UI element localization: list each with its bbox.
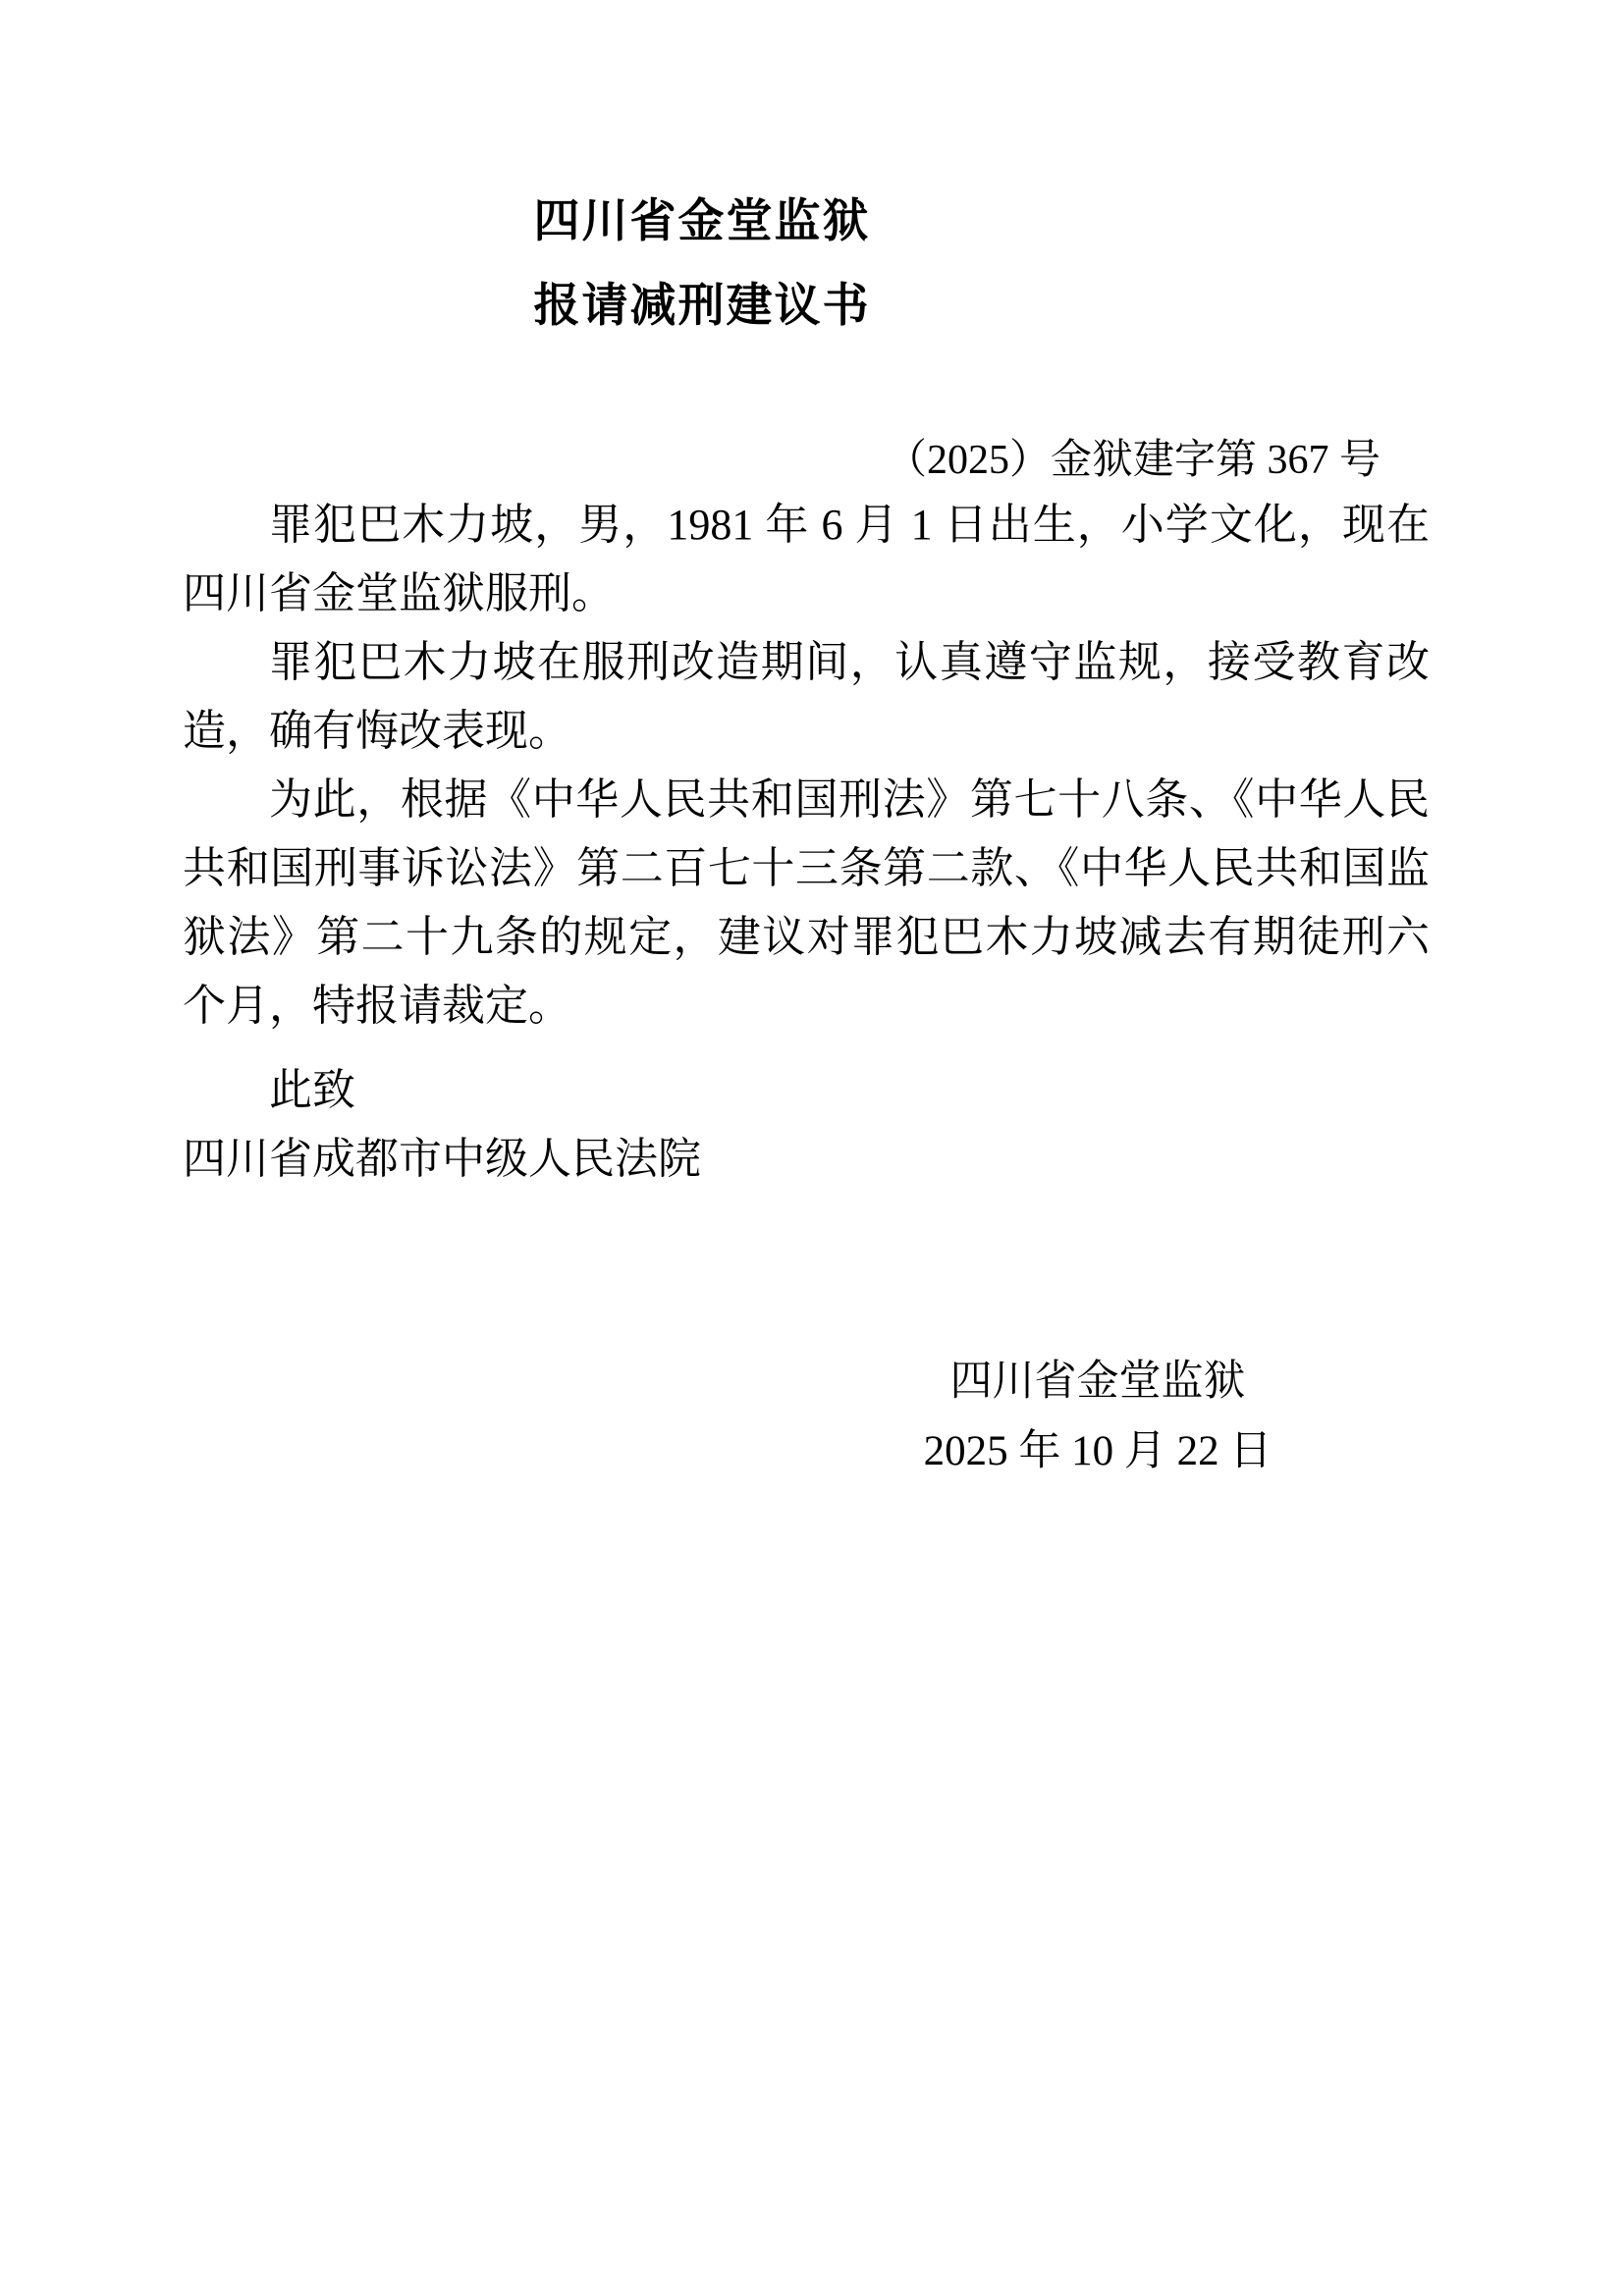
- body-paragraph-1: 罪犯巴木力坡，男，1981 年 6 月 1 日出生，小学文化，现在四川省金堂监狱…: [183, 491, 1430, 628]
- document-title: 四川省金堂监狱 报请减刑建议书: [0, 179, 1404, 347]
- recipient-court: 四川省成都市中级人民法院: [183, 1125, 1430, 1194]
- title-line-2: 报请减刑建议书: [0, 263, 1404, 347]
- signature-org: 四川省金堂监狱: [831, 1347, 1365, 1416]
- doc-number: （2025）金狱建字第 367 号: [886, 435, 1380, 486]
- signature-block: 四川省金堂监狱 2025 年 10 月 22 日: [831, 1347, 1365, 1486]
- salutation: 此致: [183, 1056, 1430, 1125]
- title-line-1: 四川省金堂监狱: [0, 179, 1404, 263]
- document-body: 罪犯巴木力坡，男，1981 年 6 月 1 日出生，小学文化，现在四川省金堂监狱…: [183, 491, 1430, 1194]
- body-paragraph-3: 为此，根据《中华人民共和国刑法》第七十八条、《中华人民共和国刑事诉讼法》第二百七…: [183, 766, 1430, 1041]
- signature-date: 2025 年 10 月 22 日: [831, 1416, 1365, 1486]
- body-paragraph-2: 罪犯巴木力坡在服刑改造期间，认真遵守监规，接受教育改造，确有悔改表现。: [183, 628, 1430, 766]
- document-page: 四川省金堂监狱 报请减刑建议书 （2025）金狱建字第 367 号 罪犯巴木力坡…: [0, 0, 1624, 2296]
